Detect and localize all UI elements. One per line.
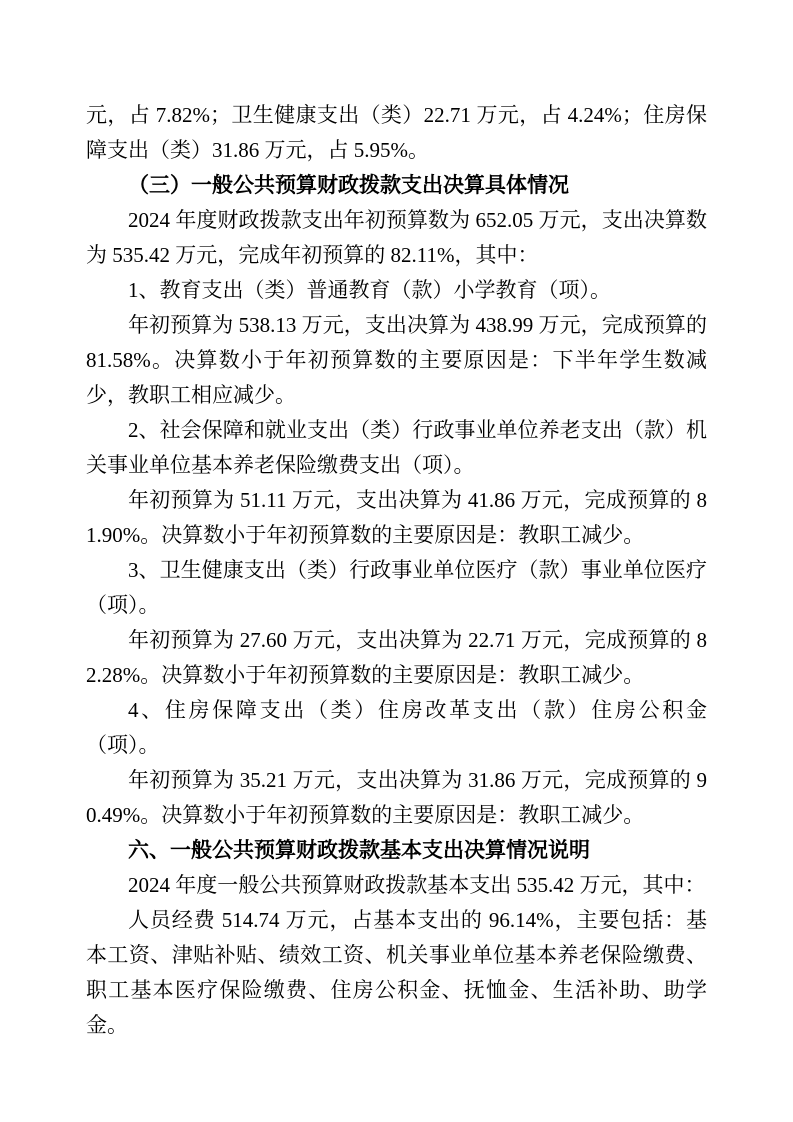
paragraph-item-1-figures: 年初预算为 538.13 万元，支出决算为 438.99 万元，完成预算的 81…: [86, 308, 707, 413]
paragraph-item-3-figures: 年初预算为 27.60 万元，支出决算为 22.71 万元，完成预算的 82.2…: [86, 623, 707, 693]
paragraph-personnel-funds: 人员经费 514.74 万元，占基本支出的 96.14%，主要包括：基本工资、津…: [86, 903, 707, 1043]
paragraph-item-1-education: 1、教育支出（类）普通教育（款）小学教育（项）。: [86, 273, 707, 308]
paragraph-item-3-health: 3、卫生健康支出（类）行政事业单位医疗（款）事业单位医疗（项）。: [86, 553, 707, 623]
paragraph-item-4-figures: 年初预算为 35.21 万元，支出决算为 31.86 万元，完成预算的 90.4…: [86, 763, 707, 833]
document-body: 元，占 7.82%；卫生健康支出（类）22.71 万元，占 4.24%；住房保障…: [86, 98, 707, 1043]
heading-section-6-basic-expenditure: 六、一般公共预算财政拨款基本支出决算情况说明: [86, 833, 707, 868]
paragraph-item-2-social-security: 2、社会保障和就业支出（类）行政事业单位养老支出（款）机关事业单位基本养老保险缴…: [86, 413, 707, 483]
paragraph-budget-overview: 2024 年度财政拨款支出年初预算数为 652.05 万元，支出决算数为 535…: [86, 203, 707, 273]
paragraph-item-2-figures: 年初预算为 51.11 万元，支出决算为 41.86 万元，完成预算的 81.9…: [86, 483, 707, 553]
heading-section-3-expenditure-details: （三）一般公共预算财政拨款支出决算具体情况: [86, 168, 707, 203]
paragraph-basic-expenditure-total: 2024 年度一般公共预算财政拨款基本支出 535.42 万元，其中：: [86, 868, 707, 903]
paragraph-expenditure-shares-continuation: 元，占 7.82%；卫生健康支出（类）22.71 万元，占 4.24%；住房保障…: [86, 98, 707, 168]
paragraph-item-4-housing: 4、住房保障支出（类）住房改革支出（款）住房公积金（项）。: [86, 693, 707, 763]
document-page: 元，占 7.82%；卫生健康支出（类）22.71 万元，占 4.24%；住房保障…: [0, 0, 793, 1122]
